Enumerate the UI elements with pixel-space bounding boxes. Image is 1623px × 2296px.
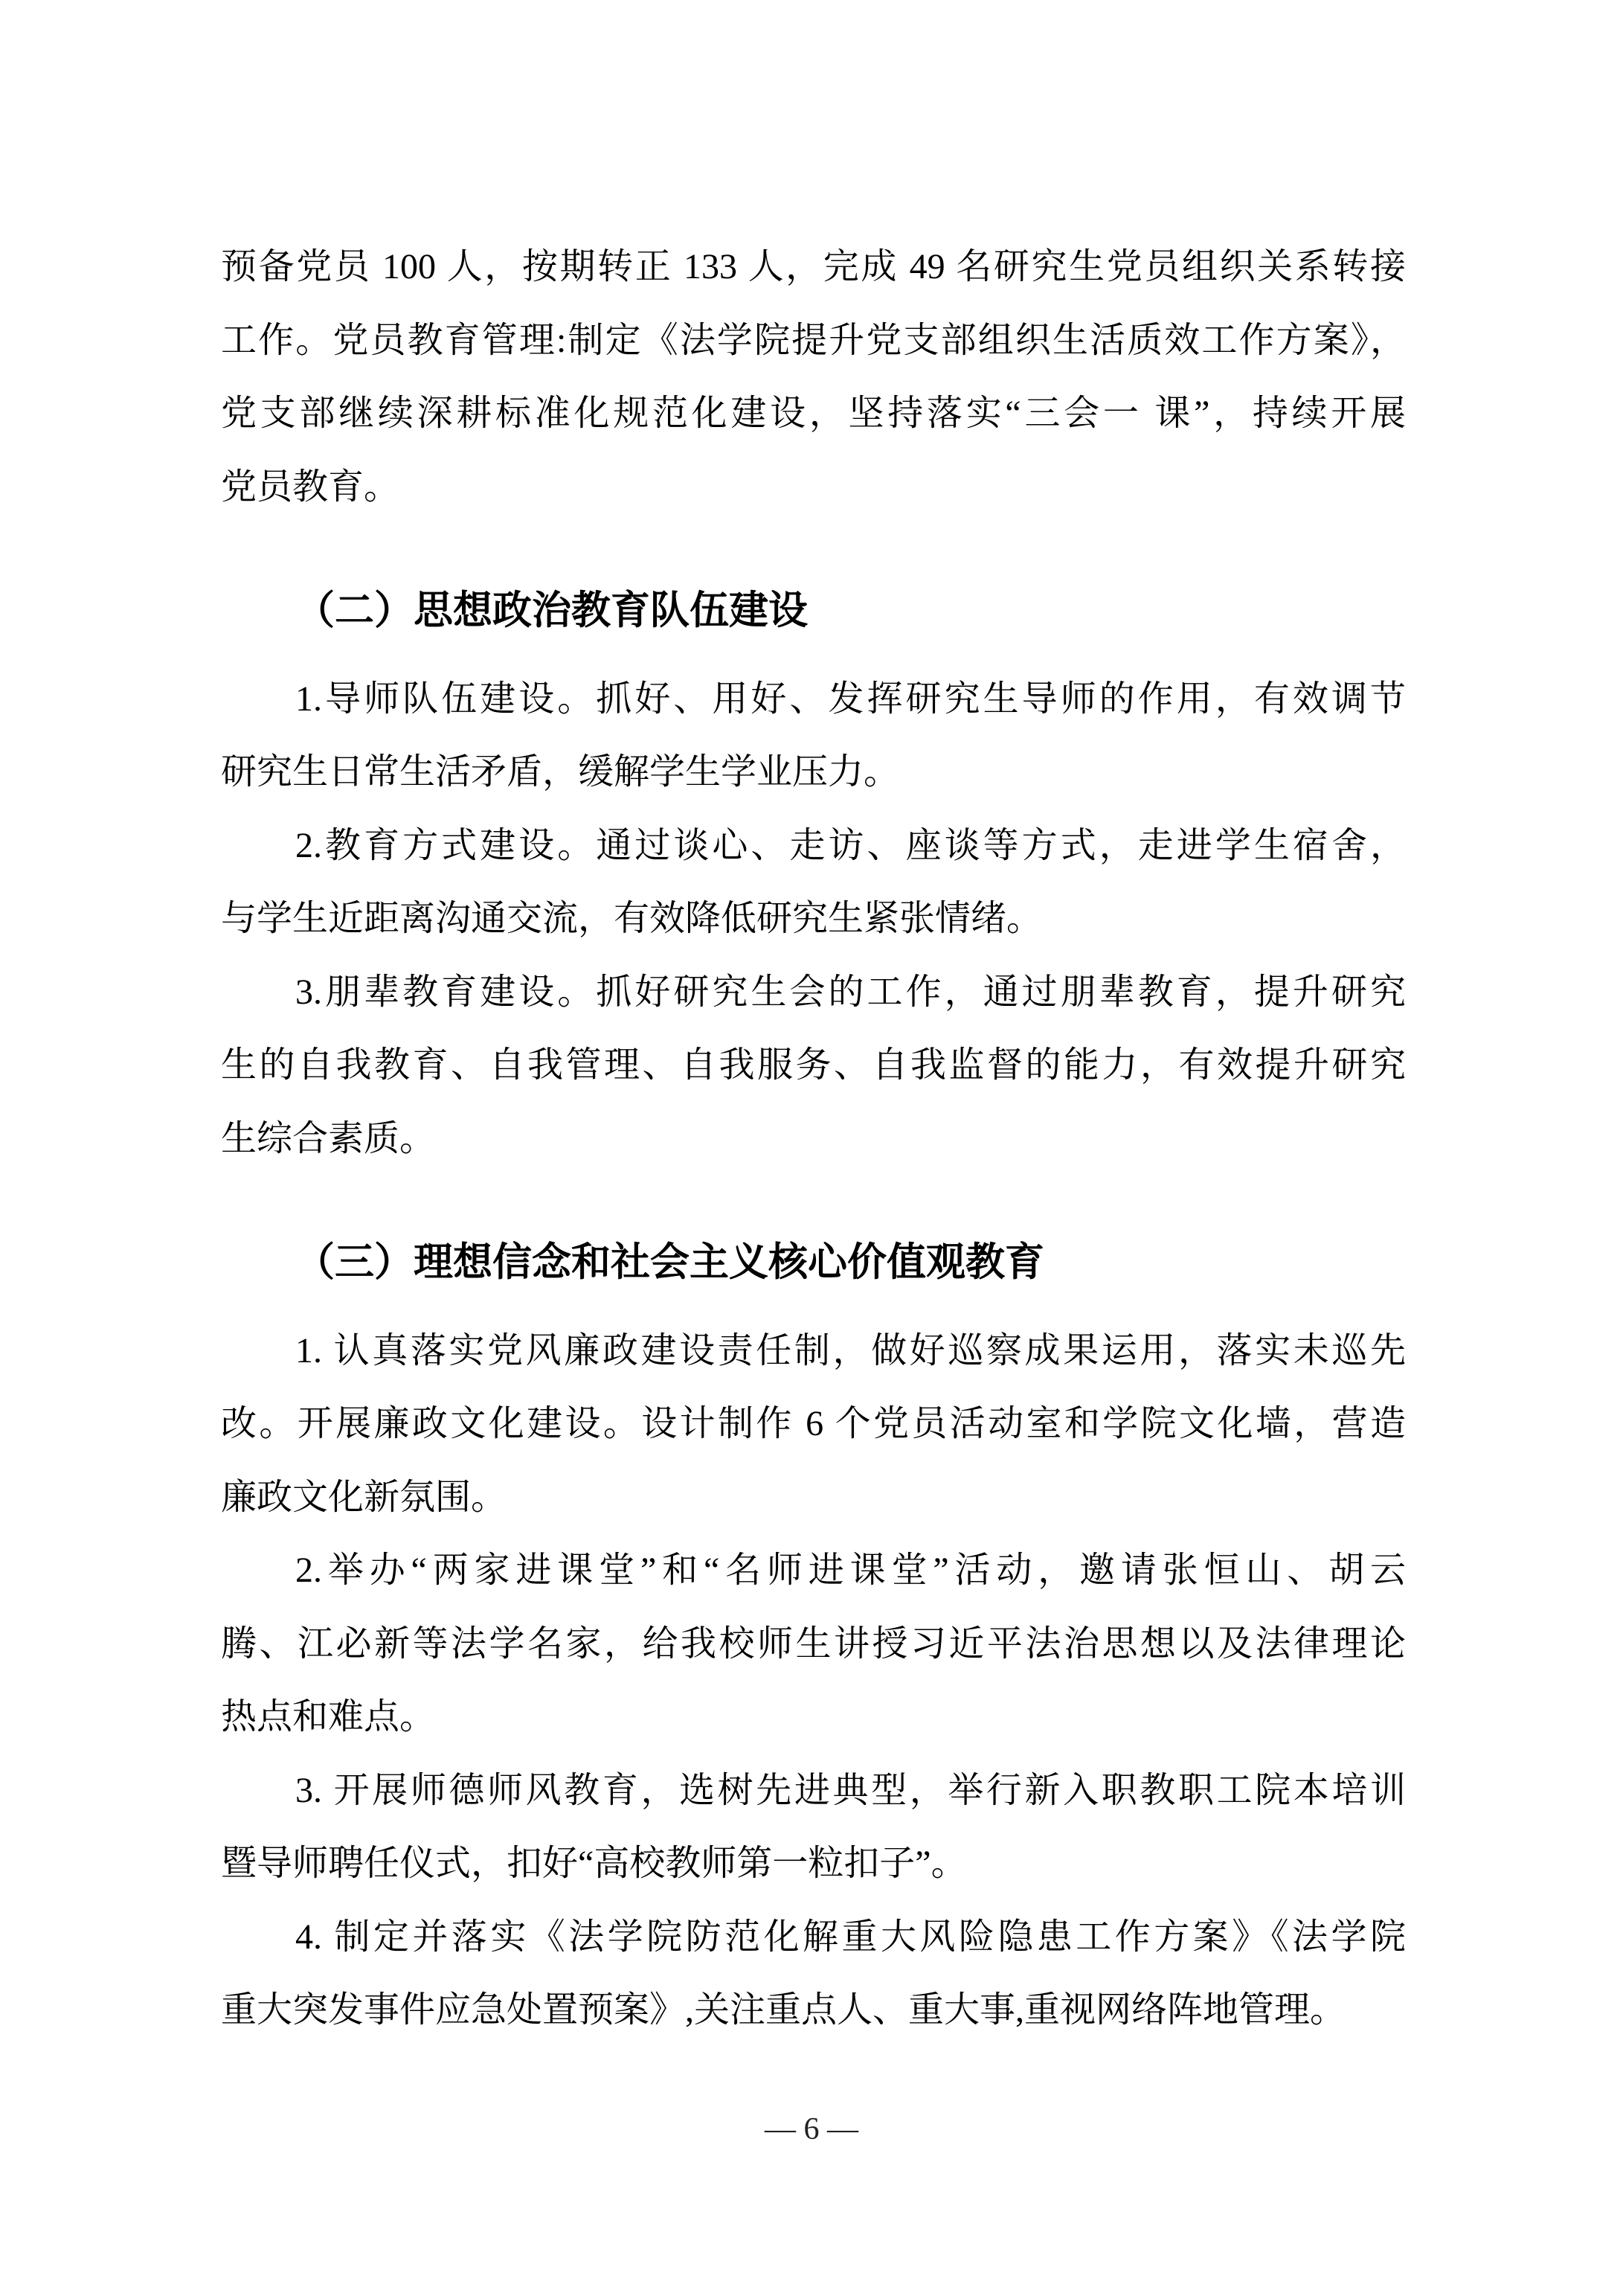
body-line: 预备党员 100 人，按期转正 133 人，完成 49 名研究生党员组织关系转接 [221,231,1406,304]
body-line: 3. 开展师德师风教育，选树先进典型，举行新入职教职工院本培训 [221,1754,1406,1828]
body-line: 重大突发事件应急处置预案》,关注重点人、重大事,重视网络阵地管理。 [221,1974,1406,2048]
body-line: 腾、江必新等法学名家，给我校师生讲授习近平法治思想以及法律理论 [221,1608,1406,1681]
paragraph-continued: 预备党员 100 人，按期转正 133 人，完成 49 名研究生党员组织关系转接… [221,231,1406,524]
paragraph: 3. 开展师德师风教育，选树先进典型，举行新入职教职工院本培训 暨导师聘任仪式，… [221,1754,1406,1901]
paragraph: 1.导师队伍建设。抓好、用好、发挥研究生导师的作用，有效调节 研究生日常生活矛盾… [221,663,1406,809]
body-line: 改。开展廉政文化建设。设计制作 6 个党员活动室和学院文化墙，营造 [221,1388,1406,1461]
body-line: 2.举办“两家进课堂”和“名师进课堂”活动，邀请张恒山、胡云 [221,1534,1406,1608]
paragraph: 1. 认真落实党风廉政建设责任制，做好巡察成果运用，落实未巡先 改。开展廉政文化… [221,1315,1406,1535]
section-heading-3: （三）理想信念和社会主义核心价值观教育 [221,1226,1406,1300]
body-line: 2.教育方式建设。通过谈心、走访、座谈等方式，走进学生宿舍， [221,809,1406,883]
text-block: 预备党员 100 人，按期转正 133 人，完成 49 名研究生党员组织关系转接… [221,231,1406,2048]
body-line: 生综合素质。 [221,1103,1406,1176]
body-line: 工作。党员教育管理:制定《法学院提升党支部组织生活质效工作方案》， [221,304,1406,378]
body-line: 与学生近距离沟通交流，有效降低研究生紧张情绪。 [221,882,1406,956]
body-line: 1.导师队伍建设。抓好、用好、发挥研究生导师的作用，有效调节 [221,663,1406,737]
paragraph: 3.朋辈教育建设。抓好研究生会的工作，通过朋辈教育，提升研究 生的自我教育、自我… [221,956,1406,1176]
paragraph: 4. 制定并落实《法学院防范化解重大风险隐患工作方案》《法学院 重大突发事件应急… [221,1901,1406,2048]
body-line: 1. 认真落实党风廉政建设责任制，做好巡察成果运用，落实未巡先 [221,1315,1406,1388]
body-line: 廉政文化新氛围。 [221,1461,1406,1535]
section-heading-2: （二）思想政治教育队伍建设 [221,574,1406,648]
page-number: — 6 — [0,2111,1623,2147]
body-line: 生的自我教育、自我管理、自我服务、自我监督的能力，有效提升研究 [221,1029,1406,1103]
body-line: 3.朋辈教育建设。抓好研究生会的工作，通过朋辈教育，提升研究 [221,956,1406,1030]
body-line: 热点和难点。 [221,1681,1406,1754]
body-line: 研究生日常生活矛盾，缓解学生学业压力。 [221,736,1406,809]
body-line: 党支部继续深耕标准化规范化建设，坚持落实“三会一 课”，持续开展 [221,377,1406,451]
body-line: 4. 制定并落实《法学院防范化解重大风险隐患工作方案》《法学院 [221,1901,1406,1975]
body-line: 党员教育。 [221,451,1406,525]
paragraph: 2.教育方式建设。通过谈心、走访、座谈等方式，走进学生宿舍， 与学生近距离沟通交… [221,809,1406,956]
body-line: 暨导师聘任仪式，扣好“高校教师第一粒扣子”。 [221,1827,1406,1901]
paragraph: 2.举办“两家进课堂”和“名师进课堂”活动，邀请张恒山、胡云 腾、江必新等法学名… [221,1534,1406,1754]
document-page: 预备党员 100 人，按期转正 133 人，完成 49 名研究生党员组织关系转接… [0,0,1623,2296]
